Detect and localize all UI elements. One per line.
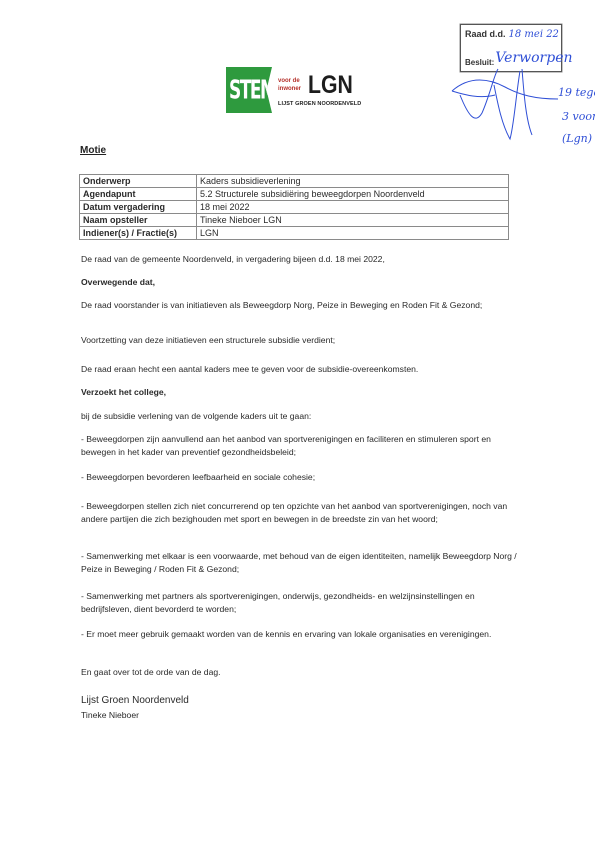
closing-line: En gaat over tot de orde van de dag. — [81, 666, 521, 679]
stem-logo-block: STEM — [226, 67, 272, 113]
table-row: OnderwerpKaders subsidieverlening — [80, 175, 509, 188]
verzoekt-intro: bij de subsidie verlening van de volgend… — [81, 410, 521, 423]
signature-party: Lijst Groen Noordenveld — [81, 695, 189, 706]
meta-value: 18 mei 2022 — [197, 201, 509, 214]
stamp-raad-row: Raad d.d.18 mei 22 — [465, 29, 559, 40]
verzoekt-heading: Verzoekt het college, — [81, 386, 521, 399]
meta-label: Indiener(s) / Fractie(s) — [80, 227, 197, 240]
table-row: Datum vergadering18 mei 2022 — [80, 201, 509, 214]
logo-lgn-text: LGN — [308, 71, 353, 100]
motion-meta-table: OnderwerpKaders subsidieverlening Agenda… — [79, 174, 509, 240]
logo-subtitle: LIJST GROEN NOORDENVELD — [278, 101, 361, 107]
document-title: Motie — [80, 145, 106, 156]
vote-note-voor: 3 voor — [562, 110, 595, 123]
handwritten-signature — [450, 65, 560, 145]
overwegende-heading: Overwegende dat, — [81, 276, 521, 289]
kader-item: - Samenwerking met elkaar is een voorwaa… — [81, 550, 521, 575]
kader-item: - Er moet meer gebruik gemaakt worden va… — [81, 628, 521, 641]
meta-value: Tineke Nieboer LGN — [197, 214, 509, 227]
logo-inwoner: inwoner — [278, 85, 301, 93]
stamp-raad-date: 18 mei 22 — [509, 29, 559, 40]
meta-label: Onderwerp — [80, 175, 197, 188]
table-row: Indiener(s) / Fractie(s)LGN — [80, 227, 509, 240]
lgn-logo: STEM voor de inwoner LGN LIJST GROEN NOO… — [226, 67, 356, 113]
table-row: Agendapunt5.2 Structurele subsidiëring b… — [80, 188, 509, 201]
stamp-besluit-value: Verworpen — [495, 50, 572, 66]
overwegende-item: De raad voorstander is van initiatieven … — [81, 299, 521, 312]
meta-value: LGN — [197, 227, 509, 240]
kader-item: - Beweegdorpen zijn aanvullend aan het a… — [81, 433, 521, 458]
meta-label: Agendapunt — [80, 188, 197, 201]
stamp-raad-label: Raad d.d. — [465, 29, 506, 39]
overwegende-item: De raad eraan hecht een aantal kaders me… — [81, 363, 521, 376]
signature-name: Tineke Nieboer — [81, 710, 139, 720]
vote-note-tegen: 19 tegen — [558, 86, 595, 99]
logo-tagline: voor de inwoner — [278, 77, 301, 93]
meta-value: 5.2 Structurele subsidiëring beweegdorpe… — [197, 188, 509, 201]
logo-voor-de: voor de — [278, 77, 301, 85]
kader-item: - Samenwerking met partners als sportver… — [81, 590, 521, 615]
vote-note-party: (Lgn) — [562, 132, 592, 145]
table-row: Naam opstellerTineke Nieboer LGN — [80, 214, 509, 227]
meta-label: Datum vergadering — [80, 201, 197, 214]
kader-item: - Beweegdorpen bevorderen leefbaarheid e… — [81, 471, 521, 484]
meta-label: Naam opsteller — [80, 214, 197, 227]
kader-item: - Beweegdorpen stellen zich niet concurr… — [81, 500, 521, 525]
meta-value: Kaders subsidieverlening — [197, 175, 509, 188]
intro-paragraph: De raad van de gemeente Noordenveld, in … — [81, 253, 521, 266]
stem-text: STEM — [229, 76, 275, 106]
overwegende-item: Voortzetting van deze initiatieven een s… — [81, 334, 521, 347]
